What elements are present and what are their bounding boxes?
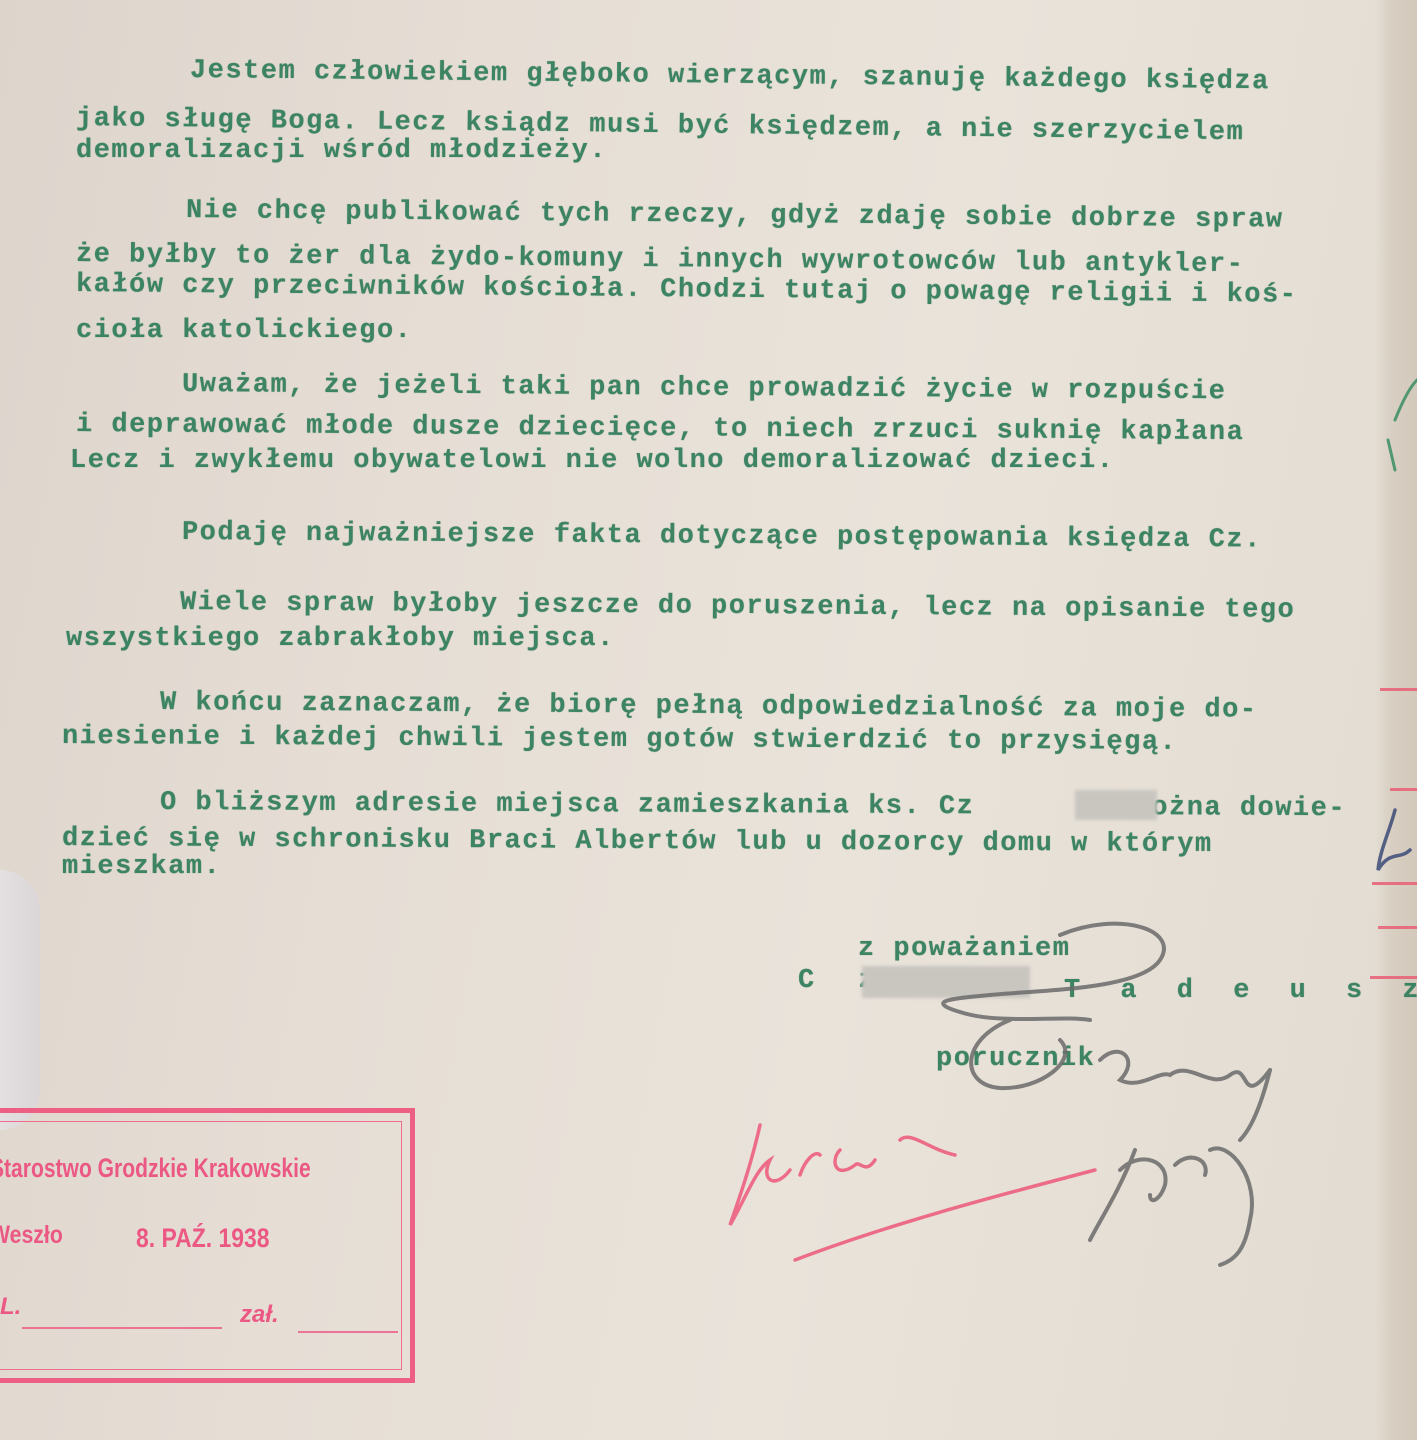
stamp-number-label: L. [0,1293,21,1321]
margin-red-rule [1378,926,1417,929]
stamp-number-field [22,1327,222,1329]
stamp-received-label: Weszło [0,1221,63,1250]
document-page: Jestem człowiekiem głęboko wierzącym, sz… [0,0,1417,1440]
office-received-stamp: Starostwo Grodzkie Krakowskie Weszło 8. … [0,1108,415,1383]
margin-red-rule [1370,976,1417,979]
stamp-date: 8. PAŹ. 1938 [136,1223,270,1254]
stamp-attachments-field [298,1331,398,1333]
stamp-office-name: Starostwo Grodzkie Krakowskie [0,1153,311,1184]
stamp-attachments-label: zał. [240,1301,279,1329]
margin-red-rule [1380,688,1417,691]
margin-red-rule [1390,788,1417,791]
margin-red-rule [1372,882,1417,885]
